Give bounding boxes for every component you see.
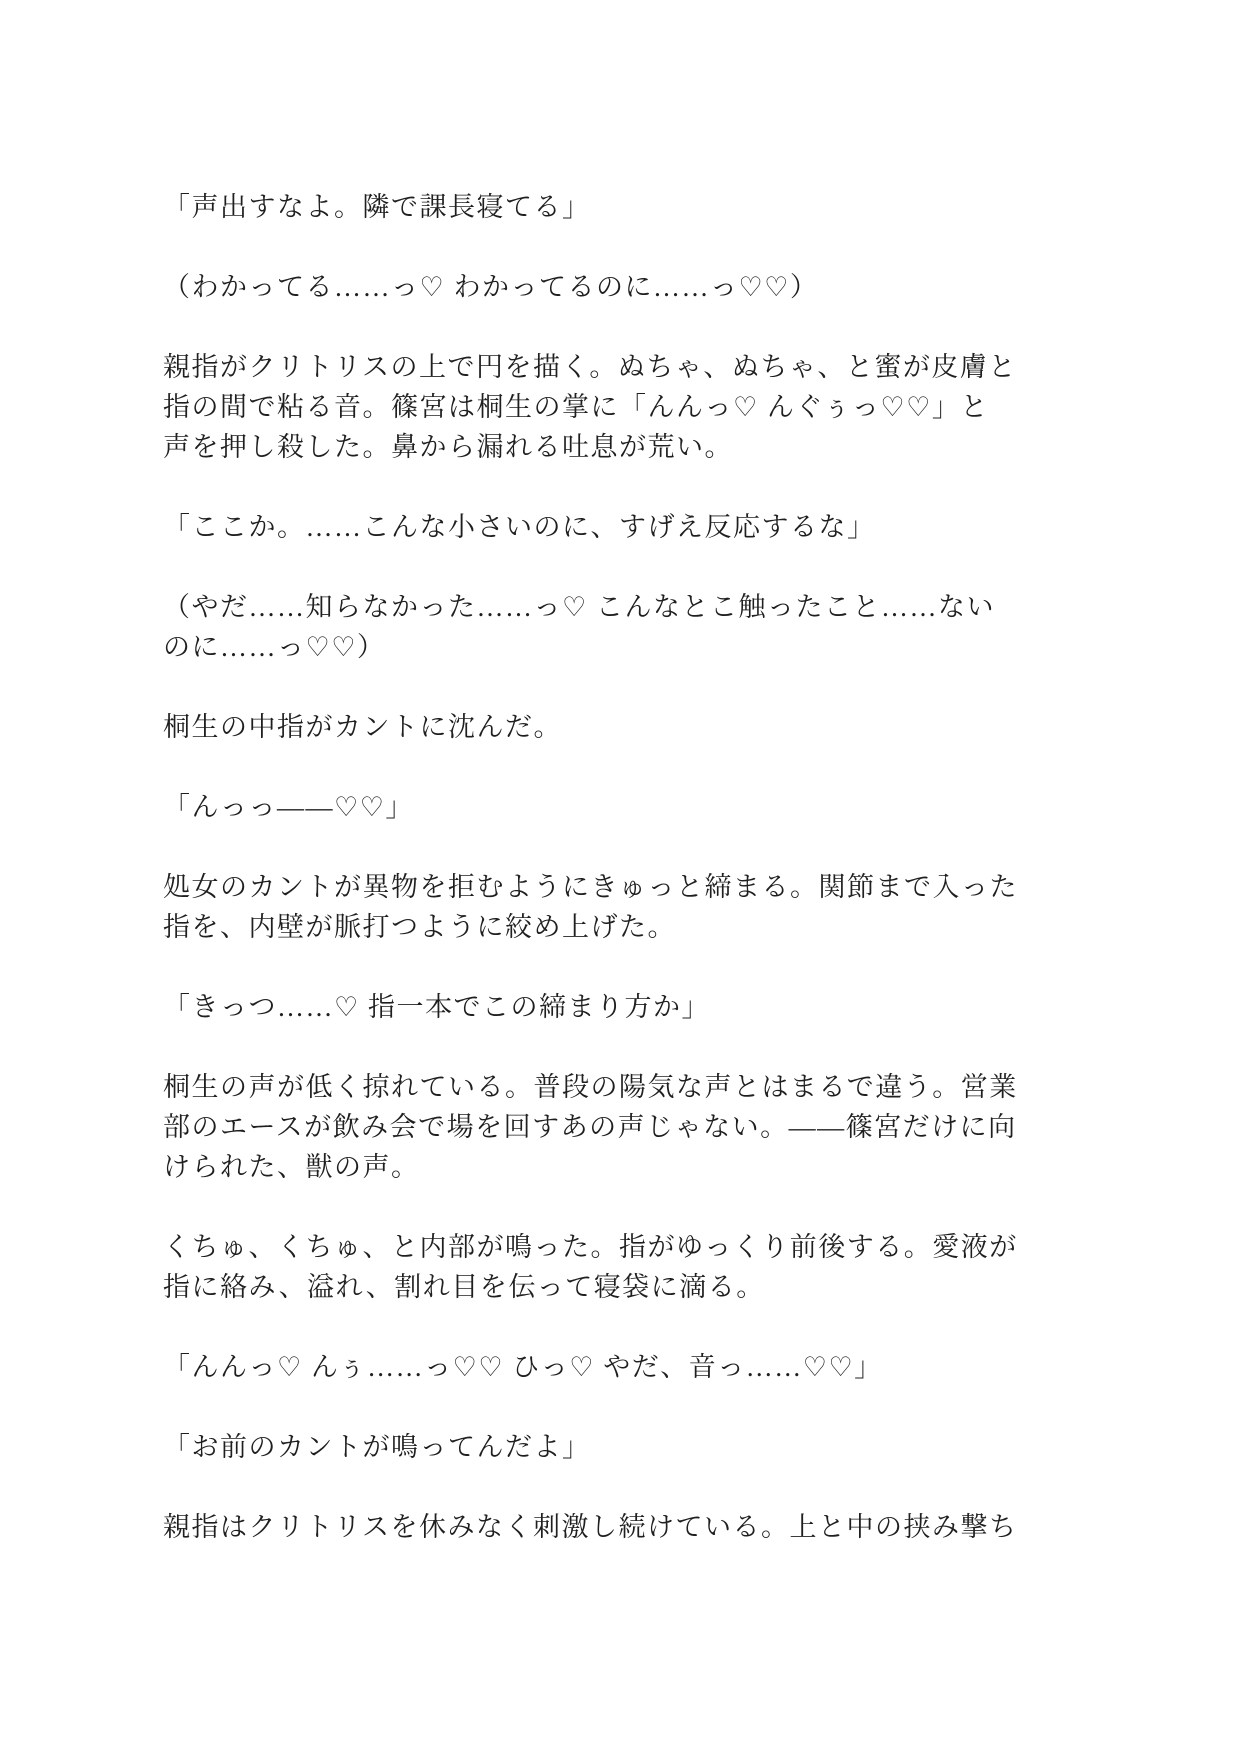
text-line: （やだ……知らなかった……っ♡ こんなとこ触ったこと……ない: [163, 587, 1063, 627]
text-line: 指を、内壁が脈打つように絞め上げた。: [163, 907, 1063, 947]
paragraph-narration-2: 桐生の中指がカントに沈んだ。: [163, 707, 1063, 747]
text-line: 部のエースが飲み会で場を回すあの声じゃない。——篠宮だけに向: [163, 1107, 1063, 1147]
text-line: 「んんっ♡ んぅ……っ♡♡ ひっ♡ やだ、音っ……♡♡」: [163, 1347, 1063, 1387]
paragraph-dialogue-5: 「んんっ♡ んぅ……っ♡♡ ひっ♡ やだ、音っ……♡♡」: [163, 1347, 1063, 1387]
text-line: 指に絡み、溢れ、割れ目を伝って寝袋に滴る。: [163, 1267, 1063, 1307]
text-line: くちゅ、くちゅ、と内部が鳴った。指がゆっくり前後する。愛液が: [163, 1227, 1063, 1267]
text-line: 「お前のカントが鳴ってんだよ」: [163, 1427, 1063, 1467]
paragraph-narration-6: 親指はクリトリスを休みなく刺激し続けている。上と中の挟み撃ち: [163, 1507, 1063, 1547]
paragraph-narration-4: 桐生の声が低く掠れている。普段の陽気な声とはまるで違う。営業 部のエースが飲み会…: [163, 1067, 1063, 1187]
text-line: 「声出すなよ。隣で課長寝てる」: [163, 187, 1063, 227]
paragraph-dialogue-3: 「んっっ——♡♡」: [163, 787, 1063, 827]
document-page: 「声出すなよ。隣で課長寝てる」 （わかってる……っ♡ わかってるのに……っ♡♡）…: [0, 0, 1241, 1754]
paragraph-dialogue-2: 「ここか。……こんな小さいのに、すげえ反応するな」: [163, 507, 1063, 547]
text-line: 桐生の中指がカントに沈んだ。: [163, 707, 1063, 747]
paragraph-narration-5: くちゅ、くちゅ、と内部が鳴った。指がゆっくり前後する。愛液が 指に絡み、溢れ、割…: [163, 1227, 1063, 1307]
text-line: 親指がクリトリスの上で円を描く。ぬちゃ、ぬちゃ、と蜜が皮膚と: [163, 347, 1063, 387]
text-line: 親指はクリトリスを休みなく刺激し続けている。上と中の挟み撃ち: [163, 1507, 1063, 1547]
text-line: 桐生の声が低く掠れている。普段の陽気な声とはまるで違う。営業: [163, 1067, 1063, 1107]
text-line: けられた、獣の声。: [163, 1147, 1063, 1187]
text-line: 声を押し殺した。鼻から漏れる吐息が荒い。: [163, 427, 1063, 467]
paragraph-narration-1: 親指がクリトリスの上で円を描く。ぬちゃ、ぬちゃ、と蜜が皮膚と 指の間で粘る音。篠…: [163, 347, 1063, 467]
paragraph-inner-voice-1: （わかってる……っ♡ わかってるのに……っ♡♡）: [163, 267, 1063, 307]
text-line: のに……っ♡♡）: [163, 627, 1063, 667]
paragraph-dialogue-6: 「お前のカントが鳴ってんだよ」: [163, 1427, 1063, 1467]
text-line: 「きっつ……♡ 指一本でこの締まり方か」: [163, 987, 1063, 1027]
text-line: （わかってる……っ♡ わかってるのに……っ♡♡）: [163, 267, 1063, 307]
paragraph-dialogue-1: 「声出すなよ。隣で課長寝てる」: [163, 187, 1063, 227]
text-line: 指の間で粘る音。篠宮は桐生の掌に「んんっ♡ んぐぅっ♡♡」と: [163, 387, 1063, 427]
paragraph-dialogue-4: 「きっつ……♡ 指一本でこの締まり方か」: [163, 987, 1063, 1027]
text-line: 「ここか。……こんな小さいのに、すげえ反応するな」: [163, 507, 1063, 547]
text-line: 「んっっ——♡♡」: [163, 787, 1063, 827]
paragraph-narration-3: 処女のカントが異物を拒むようにきゅっと締まる。関節まで入った 指を、内壁が脈打つ…: [163, 867, 1063, 947]
text-line: 処女のカントが異物を拒むようにきゅっと締まる。関節まで入った: [163, 867, 1063, 907]
text-block: 「声出すなよ。隣で課長寝てる」 （わかってる……っ♡ わかってるのに……っ♡♡）…: [163, 187, 1063, 1547]
paragraph-inner-voice-2: （やだ……知らなかった……っ♡ こんなとこ触ったこと……ない のに……っ♡♡）: [163, 587, 1063, 667]
